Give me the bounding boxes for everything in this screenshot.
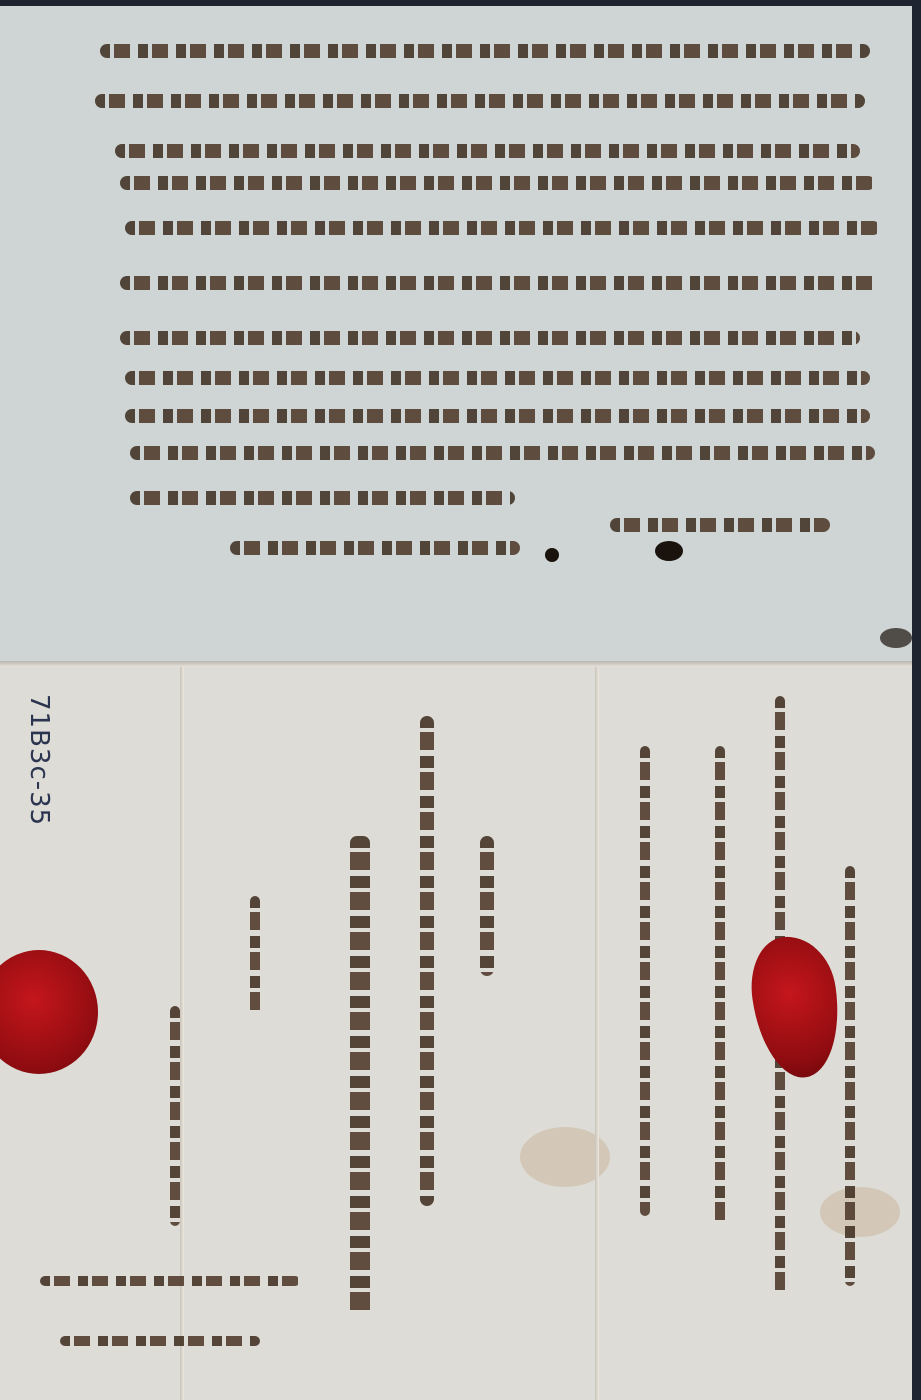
text-line [130, 491, 515, 505]
address-line [420, 716, 434, 1206]
cursive-line [715, 746, 725, 1226]
text-line [610, 518, 830, 532]
letter-page: 71B3c-35 [0, 6, 912, 1400]
text-line [100, 44, 870, 58]
signature-line [230, 541, 520, 555]
address-line [40, 1276, 300, 1286]
cursive-line [845, 866, 855, 1286]
text-line [125, 409, 870, 423]
cursive-line [640, 746, 650, 1216]
address-line [250, 896, 260, 1016]
ink-blot [655, 541, 683, 561]
text-line [125, 371, 870, 385]
text-line [120, 331, 860, 345]
text-line [125, 221, 880, 235]
ink-blot [880, 628, 912, 648]
catalog-number: 71B3c-35 [14, 694, 54, 884]
stain [820, 1187, 900, 1237]
address-line [170, 1006, 180, 1226]
letter-body-panel [0, 6, 912, 661]
text-line [95, 94, 865, 108]
address-line [350, 836, 370, 1316]
text-line [120, 276, 880, 290]
text-line [130, 446, 875, 460]
address-line [480, 836, 494, 976]
text-line [120, 176, 875, 190]
ink-blot [545, 548, 559, 562]
vertical-fold [595, 667, 599, 1400]
vertical-fold [180, 667, 184, 1400]
address-line [60, 1336, 260, 1346]
text-line [115, 144, 860, 158]
